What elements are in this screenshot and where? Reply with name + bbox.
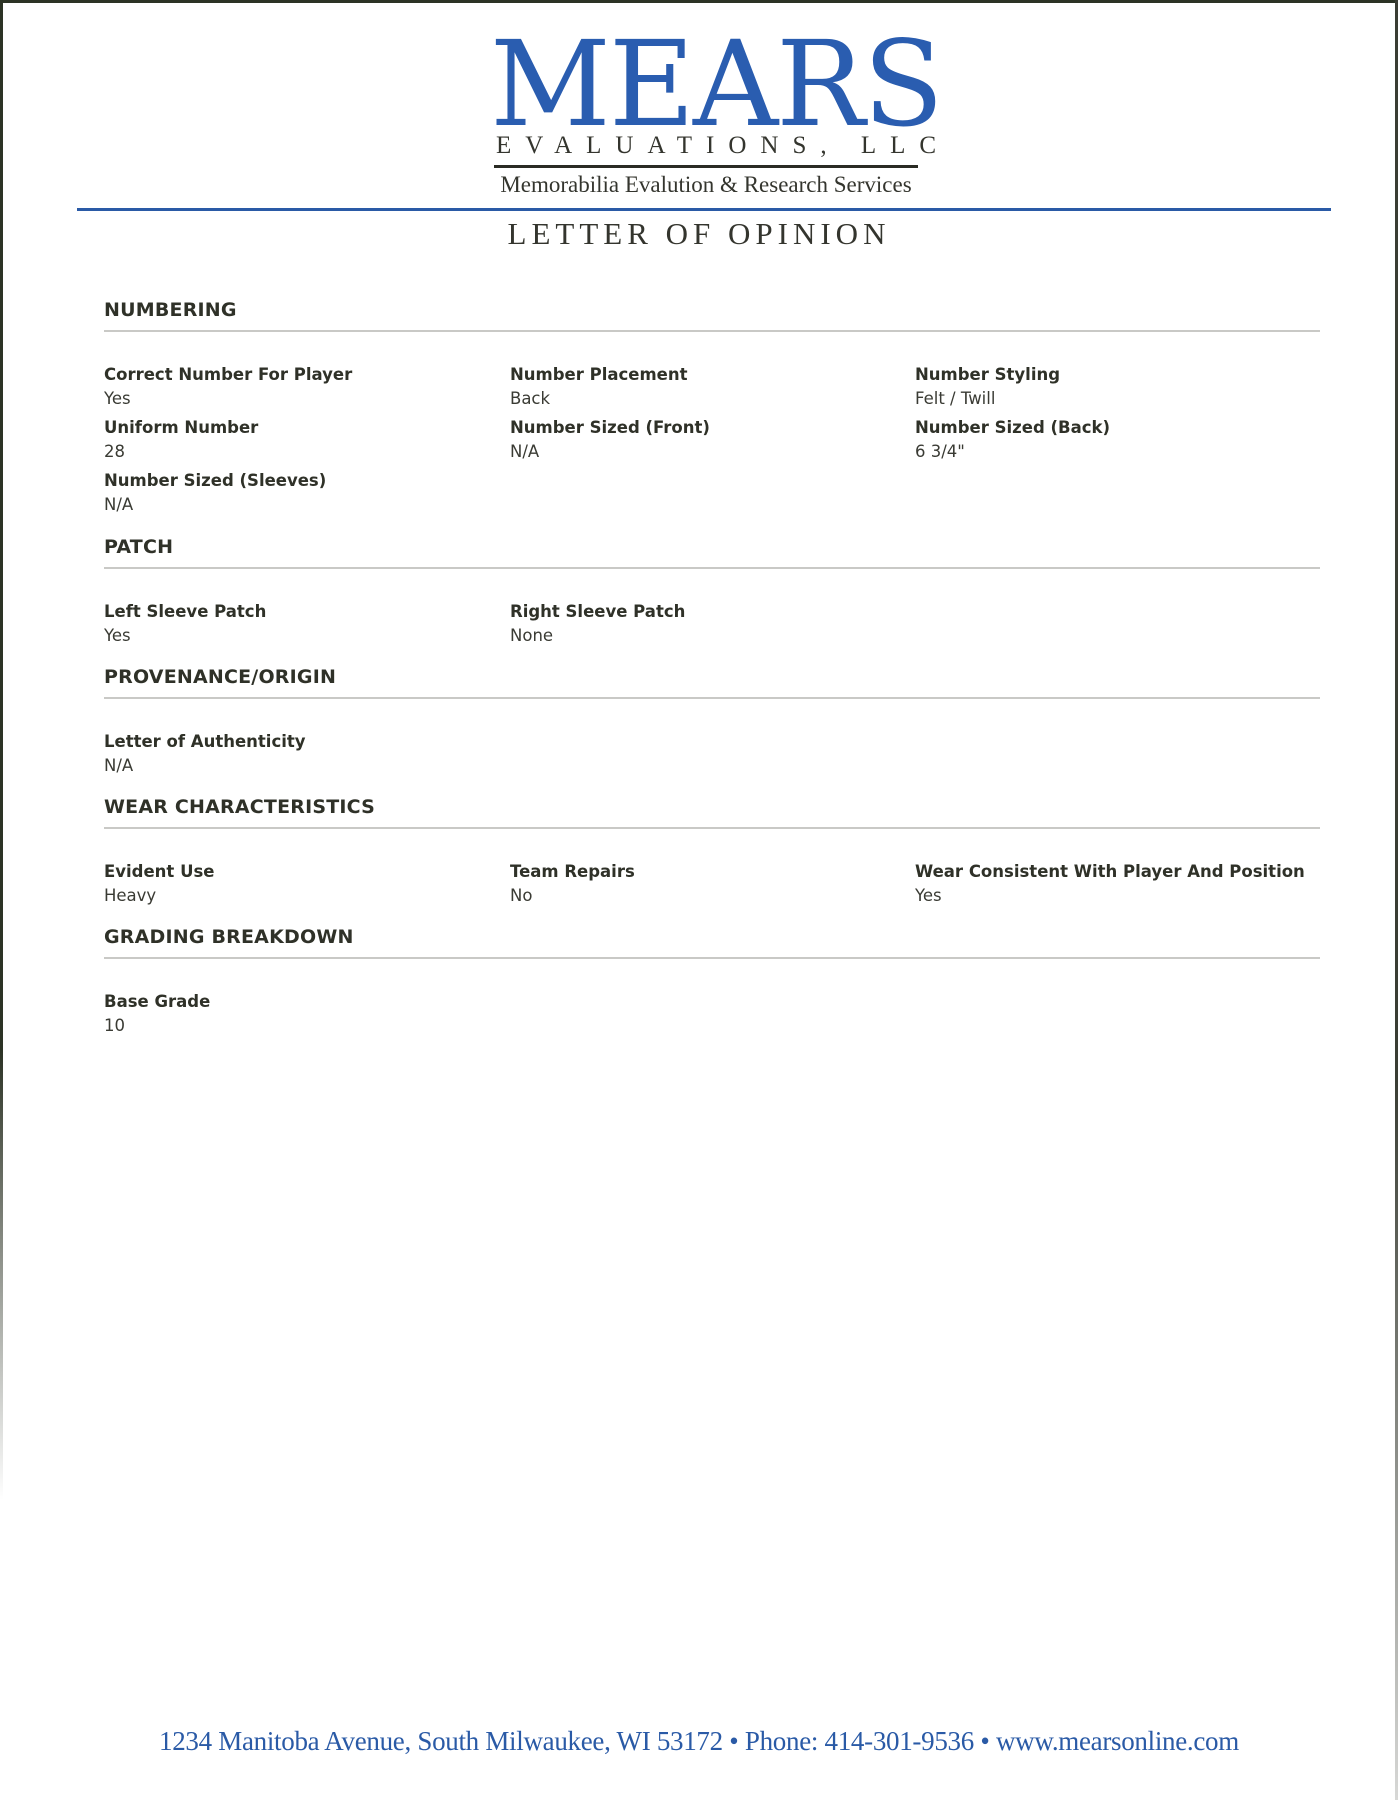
section-heading: GRADING BREAKDOWN	[104, 925, 1320, 949]
field-value: Felt / Twill	[915, 389, 1305, 409]
section-heading: WEAR CHARACTERISTICS	[104, 795, 1320, 819]
logo-wordmark: MEARS	[490, 36, 922, 132]
header-divider	[77, 208, 1331, 211]
footer-contact: 1234 Manitoba Avenue, South Milwaukee, W…	[0, 1725, 1398, 1757]
section-divider	[104, 697, 1320, 699]
section-divider	[104, 827, 1320, 829]
section-divider	[104, 567, 1320, 569]
field-value: N/A	[104, 495, 494, 515]
section-heading: PATCH	[104, 535, 1320, 559]
field-uniform-number: Uniform Number 28	[104, 418, 494, 462]
field-label: Number Styling	[915, 365, 1305, 385]
field-label: Letter of Authenticity	[104, 732, 494, 752]
field-team-repairs: Team Repairs No	[510, 862, 900, 906]
logo-tagline: Memorabilia Evalution & Research Service…	[490, 172, 922, 198]
field-label: Wear Consistent With Player And Position	[915, 862, 1305, 882]
field-value: No	[510, 886, 900, 906]
document-title: LETTER OF OPINION	[0, 216, 1398, 252]
field-right-sleeve-patch: Right Sleeve Patch None	[510, 602, 900, 646]
field-number-sized-front: Number Sized (Front) N/A	[510, 418, 900, 462]
field-value: N/A	[510, 442, 900, 462]
field-value: Back	[510, 389, 900, 409]
field-label: Number Sized (Back)	[915, 418, 1305, 438]
scan-border-top	[0, 0, 1398, 3]
field-value: 6 3/4"	[915, 442, 1305, 462]
field-number-placement: Number Placement Back	[510, 365, 900, 409]
field-label: Team Repairs	[510, 862, 900, 882]
section-patch: PATCH Left Sleeve Patch Yes Right Sleeve…	[104, 535, 1320, 559]
field-value: 28	[104, 442, 494, 462]
field-wear-consistent: Wear Consistent With Player And Position…	[915, 862, 1305, 906]
field-label: Uniform Number	[104, 418, 494, 438]
section-provenance: PROVENANCE/ORIGIN Letter of Authenticity…	[104, 665, 1320, 689]
field-value: None	[510, 626, 900, 646]
field-label: Left Sleeve Patch	[104, 602, 494, 622]
field-left-sleeve-patch: Left Sleeve Patch Yes	[104, 602, 494, 646]
field-label: Number Placement	[510, 365, 900, 385]
field-value: Yes	[104, 389, 494, 409]
section-numbering: NUMBERING Correct Number For Player Yes …	[104, 298, 1320, 322]
field-evident-use: Evident Use Heavy	[104, 862, 494, 906]
field-label: Evident Use	[104, 862, 494, 882]
field-number-styling: Number Styling Felt / Twill	[915, 365, 1305, 409]
field-label: Correct Number For Player	[104, 365, 494, 385]
section-divider	[104, 330, 1320, 332]
field-base-grade: Base Grade 10	[104, 992, 494, 1036]
field-value: N/A	[104, 756, 494, 776]
field-label: Number Sized (Front)	[510, 418, 900, 438]
company-logo: MEARS EVALUATIONS, LLC Memorabilia Evalu…	[490, 36, 922, 198]
field-value: Yes	[104, 626, 494, 646]
field-letter-of-authenticity: Letter of Authenticity N/A	[104, 732, 494, 776]
section-heading: NUMBERING	[104, 298, 1320, 322]
field-label: Right Sleeve Patch	[510, 602, 900, 622]
section-wear-characteristics: WEAR CHARACTERISTICS Evident Use Heavy T…	[104, 795, 1320, 819]
field-correct-number: Correct Number For Player Yes	[104, 365, 494, 409]
section-divider	[104, 957, 1320, 959]
field-label: Number Sized (Sleeves)	[104, 471, 494, 491]
section-grading-breakdown: GRADING BREAKDOWN Base Grade 10	[104, 925, 1320, 949]
field-value: Heavy	[104, 886, 494, 906]
field-number-sized-sleeves: Number Sized (Sleeves) N/A	[104, 471, 494, 515]
field-value: Yes	[915, 886, 1305, 906]
section-heading: PROVENANCE/ORIGIN	[104, 665, 1320, 689]
field-number-sized-back: Number Sized (Back) 6 3/4"	[915, 418, 1305, 462]
field-label: Base Grade	[104, 992, 494, 1012]
logo-rule	[494, 165, 918, 168]
field-value: 10	[104, 1016, 494, 1036]
